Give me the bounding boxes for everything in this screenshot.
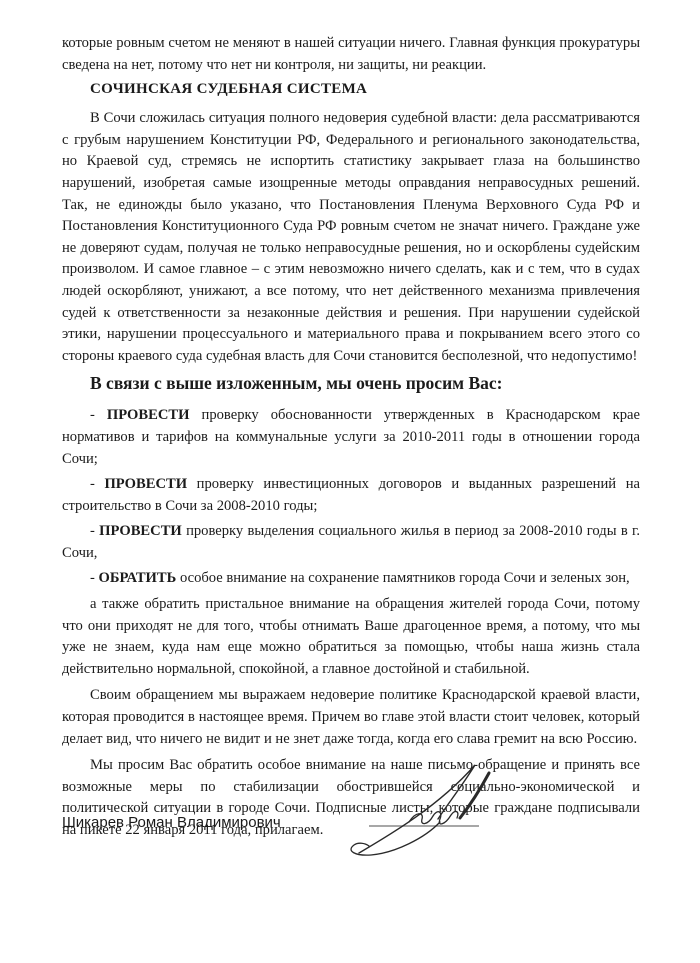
request-item-social-housing: - ПРОВЕСТИ проверку выделения социальног…: [62, 521, 640, 564]
request-keyword: ОБРАТИТЬ: [99, 570, 177, 586]
scanned-letter-page: которые ровным счетом не меняют в нашей …: [0, 0, 700, 963]
handwritten-signature: [333, 752, 513, 870]
also-attention-paragraph: а также обратить пристальное внимание на…: [62, 594, 640, 680]
request-keyword: ПРОВЕСТИ: [104, 476, 187, 492]
request-keyword: ПРОВЕСТИ: [107, 407, 190, 423]
request-text: особое внимание на сохранение памятников…: [176, 570, 629, 586]
request-dash: -: [90, 570, 99, 586]
request-dash: -: [90, 476, 104, 492]
request-dash: -: [90, 407, 107, 423]
letter-body: которые ровным счетом не меняют в нашей …: [62, 33, 640, 847]
request-item-monuments: - ОБРАТИТЬ особое внимание на сохранение…: [62, 568, 640, 590]
appeal-heading: В связи с выше изложенным, мы очень прос…: [90, 371, 640, 396]
request-keyword: ПРОВЕСТИ: [99, 523, 182, 539]
section-heading-sochi-judicial-system: СОЧИНСКАЯ СУДЕБНАЯ СИСТЕМА: [90, 78, 640, 100]
judicial-system-paragraph: В Сочи сложилась ситуация полного недове…: [62, 108, 640, 367]
distrust-paragraph: Своим обращением мы выражаем недоверие п…: [62, 685, 640, 750]
signatory-name: Шикарев Роман Владимирович: [62, 814, 281, 831]
request-item-investments: - ПРОВЕСТИ проверку инвестиционных догов…: [62, 474, 640, 517]
signature-icon: [333, 752, 513, 870]
request-dash: -: [90, 523, 99, 539]
continuation-paragraph: которые ровным счетом не меняют в нашей …: [62, 33, 640, 76]
request-item-tariffs: - ПРОВЕСТИ проверку обоснованности утвер…: [62, 405, 640, 470]
